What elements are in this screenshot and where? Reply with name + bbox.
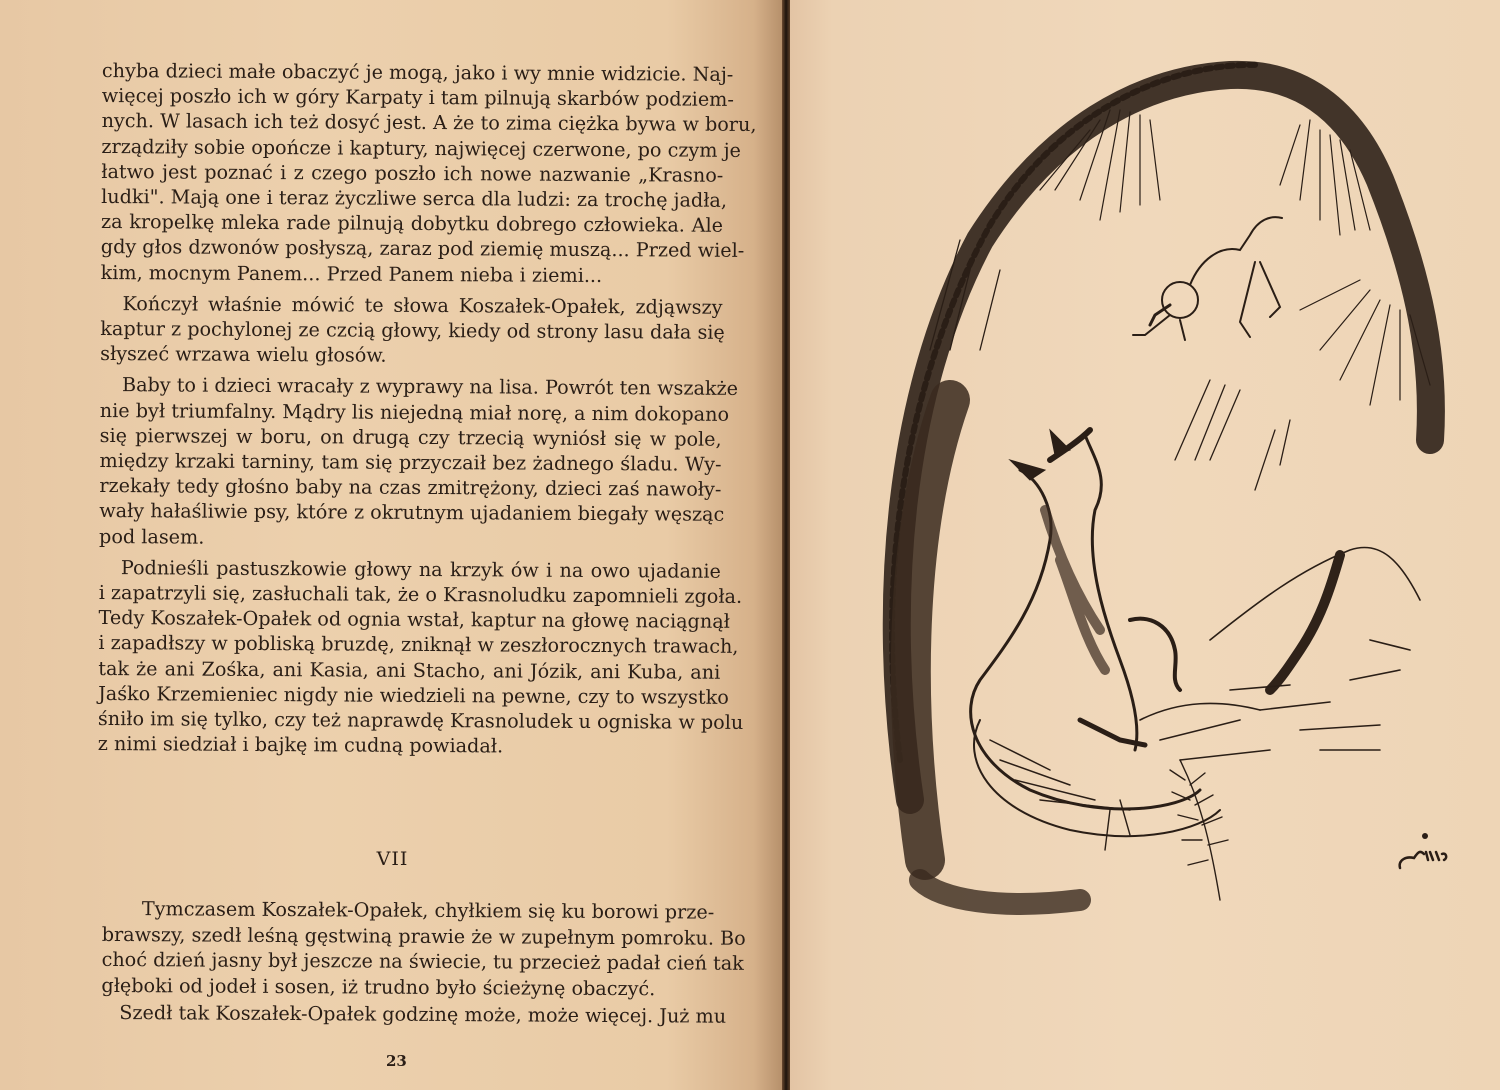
text-line: się pierwszej w boru, on drugą czy trzec… bbox=[100, 423, 722, 452]
text-line: kaptur z pochylonej ze czcią głowy, kied… bbox=[100, 316, 722, 345]
body-text: chyba dzieci małe obaczyć je mogą, jako … bbox=[98, 58, 724, 766]
text-line: słyszeć wrzawa wielu głosów. bbox=[100, 341, 722, 370]
text-line: tak że ani Zośka, ani Kasia, ani Stacho,… bbox=[98, 656, 720, 685]
text-line: Jaśko Krzemieniec nigdy nie wiedzieli na… bbox=[98, 681, 720, 710]
text-line: Tymczasem Koszałek-Opałek, chyłkiem się … bbox=[120, 896, 714, 925]
text-line: łatwo jest poznać i z czego poszło ich n… bbox=[101, 159, 723, 188]
text-line: Tedy Koszałek-Opałek od ognia wstał, kap… bbox=[99, 605, 721, 634]
text-line: głęboki od jodeł i sosen, iż trudno było… bbox=[101, 972, 713, 1001]
motion-lines bbox=[930, 240, 1290, 490]
fallen-branch bbox=[1105, 760, 1228, 900]
text-line: i zapadłszy w pobliską bruzdę, zniknął w… bbox=[98, 630, 720, 659]
book-spread: chyba dzieci małe obaczyć je mogą, jako … bbox=[0, 0, 1500, 1090]
text-line: z nimi siedział i bajkę im cudną powiada… bbox=[98, 731, 720, 760]
text-line: i zapatrzyli się, zasłuchali tak, że o K… bbox=[99, 580, 721, 609]
text-line: nie był triumfalny. Mądry lis niejedną m… bbox=[100, 398, 722, 427]
paragraph: Kończył właśnie mówić te słowa Koszałek-… bbox=[100, 291, 722, 370]
paragraph: Tymczasem Koszałek-Opałek, chyłkiem się … bbox=[119, 896, 714, 1002]
text-line: śniło im się tylko, czy też naprawdę Kra… bbox=[98, 706, 720, 735]
paragraph: Baby to i dzieci wracały z wyprawy na li… bbox=[99, 372, 722, 552]
text-line: Kończył właśnie mówić te słowa Koszałek-… bbox=[100, 291, 722, 320]
text-line: kim, mocnym Panem... Przed Panem nieba i… bbox=[101, 260, 723, 289]
paragraph: chyba dzieci małe obaczyć je mogą, jako … bbox=[101, 58, 724, 289]
text-line: ludki". Mają one i teraz życzliwe serca … bbox=[101, 184, 723, 213]
chapter-heading: VII bbox=[0, 848, 785, 870]
text-line: zrządziły sobie opończe i kaptury, najwi… bbox=[101, 134, 723, 163]
text-line: rzekały tedy głośno baby na czas zmitręż… bbox=[99, 473, 721, 502]
paragraph: Szedł tak Koszałek-Opałek godzinę może, … bbox=[119, 1000, 713, 1029]
text-line: nych. W lasach ich też dosyć jest. A że … bbox=[102, 108, 724, 137]
text-line: więcej poszło ich w góry Karpaty i tam p… bbox=[102, 83, 724, 112]
tree-arch bbox=[892, 65, 1431, 904]
chapter-body-text: Tymczasem Koszałek-Opałek, chyłkiem się … bbox=[119, 896, 714, 1035]
text-line: choć dzień jasny był jeszcze na świecie,… bbox=[102, 947, 714, 976]
left-page: chyba dzieci małe obaczyć je mogą, jako … bbox=[0, 0, 785, 1090]
fox-gnome-illustration bbox=[880, 40, 1450, 920]
fox-figure bbox=[971, 430, 1220, 836]
page-number: 23 bbox=[386, 1052, 407, 1070]
text-line: Podnieśli pastuszkowie głowy na krzyk ów… bbox=[99, 555, 721, 584]
text-line: Baby to i dzieci wracały z wyprawy na li… bbox=[100, 372, 722, 401]
text-line: wały hałaśliwie psy, które z okrutnym uj… bbox=[99, 498, 721, 527]
book-gutter bbox=[782, 0, 790, 1090]
paragraph: Podnieśli pastuszkowie głowy na krzyk ów… bbox=[98, 555, 721, 760]
text-line: pod lasem. bbox=[99, 524, 721, 553]
gnome-figure bbox=[1133, 217, 1282, 340]
text-line: brawszy, szedł leśną gęstwiną prawie że … bbox=[102, 921, 714, 950]
fox-den-mound bbox=[1140, 547, 1420, 760]
text-line: między krzaki tarniny, tam się przyczaił… bbox=[99, 448, 721, 477]
artist-signature bbox=[1390, 828, 1460, 876]
text-line: chyba dzieci małe obaczyć je mogą, jako … bbox=[102, 58, 724, 87]
text-line: gdy głos dzwonów posłyszą, zaraz pod zie… bbox=[101, 234, 723, 263]
text-line: za kropelkę mleka rade pilnują dobytku d… bbox=[101, 209, 723, 238]
text-line: Szedł tak Koszałek-Opałek godzinę może, … bbox=[119, 1000, 713, 1029]
